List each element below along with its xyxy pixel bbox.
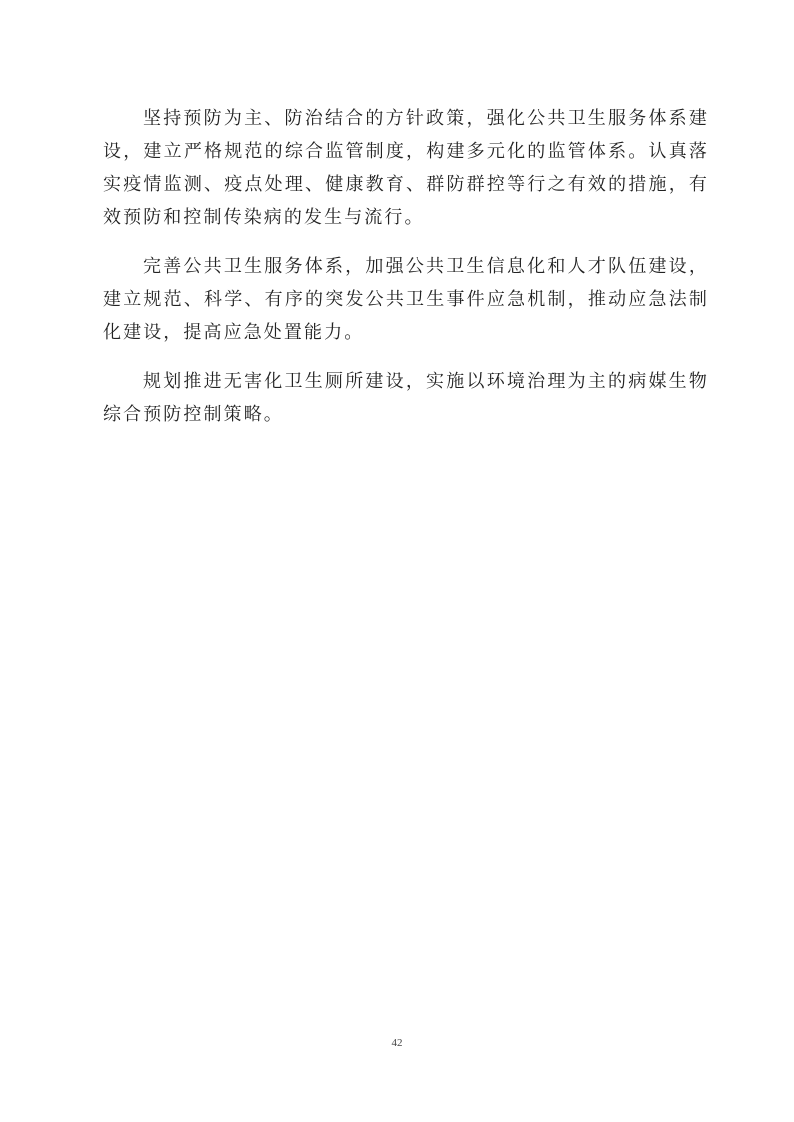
paragraph-sanitation-strategy: 规划推进无害化卫生厕所建设，实施以环境治理为主的病媒生物综合预防控制策略。 — [103, 365, 709, 431]
paragraph-public-health-system: 完善公共卫生服务体系，加强公共卫生信息化和人才队伍建设，建立规范、科学、有序的突… — [103, 250, 709, 349]
paragraph-disease-prevention: 坚持预防为主、防治结合的方针政策，强化公共卫生服务体系建设，建立严格规范的综合监… — [103, 102, 709, 234]
page-number: 42 — [0, 1037, 794, 1049]
document-body: 坚持预防为主、防治结合的方针政策，强化公共卫生服务体系建设，建立严格规范的综合监… — [103, 102, 709, 447]
